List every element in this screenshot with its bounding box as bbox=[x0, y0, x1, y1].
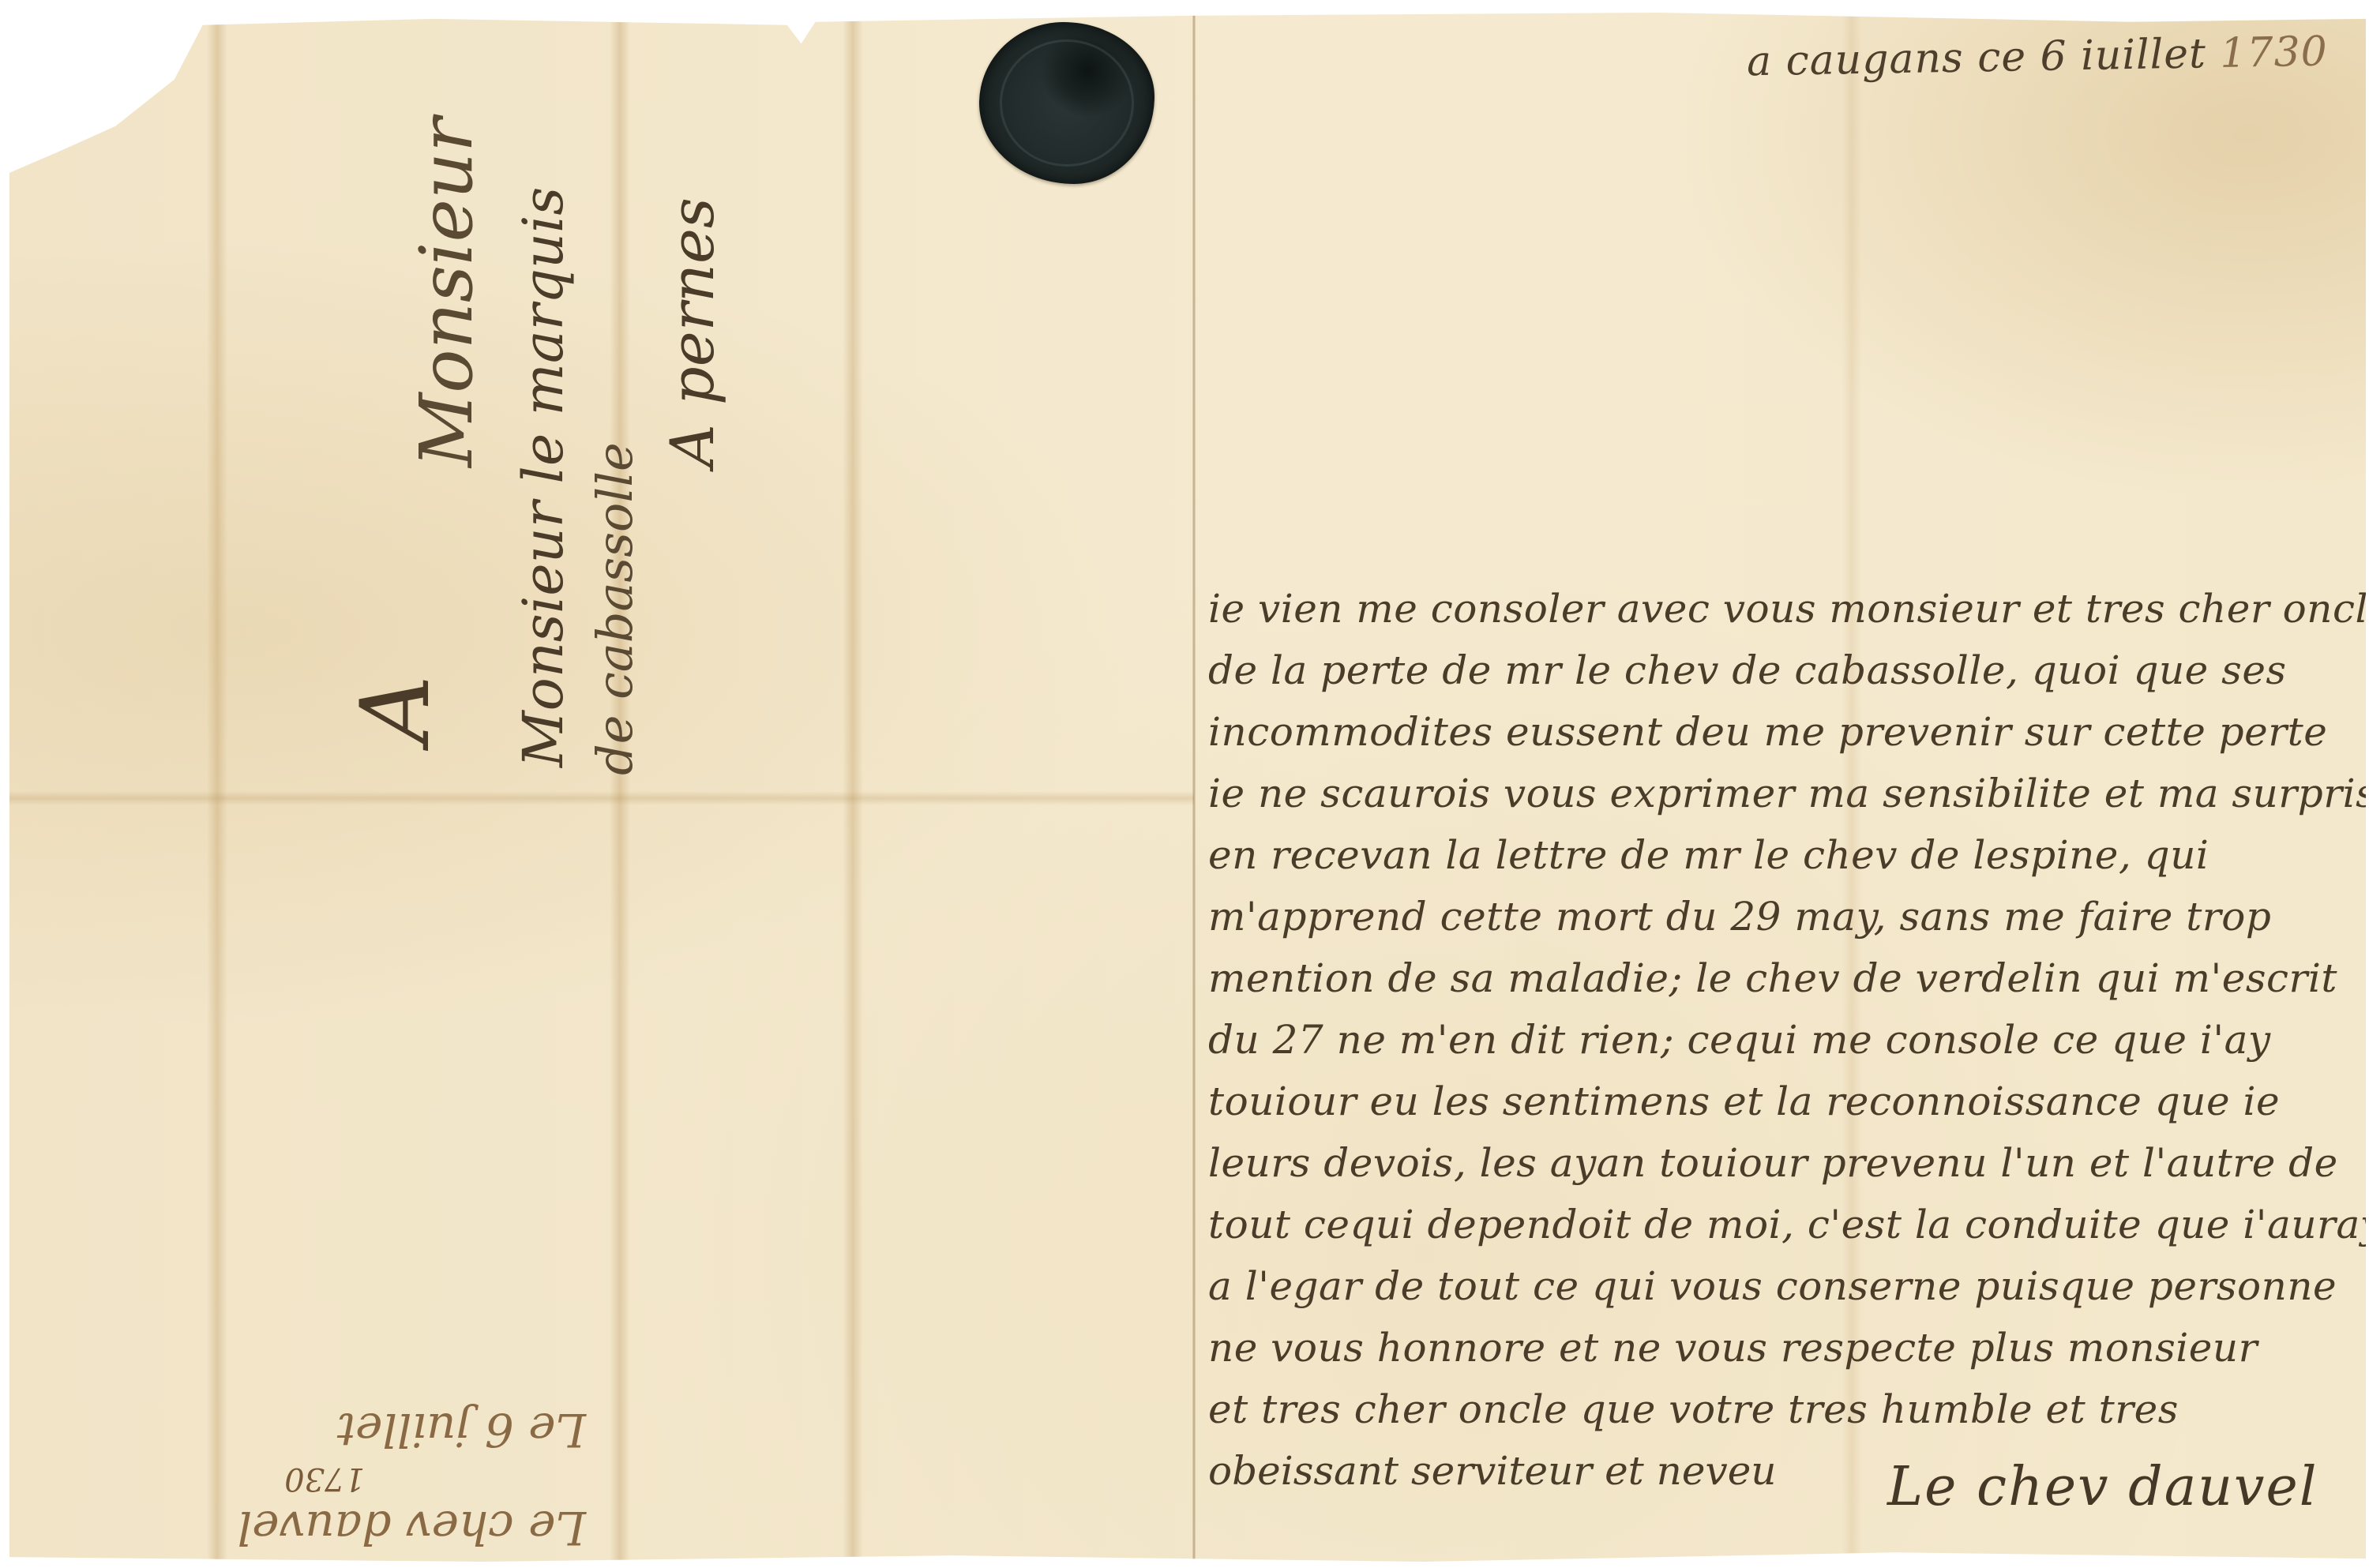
address-block: A Monsieur Monsieur le marquis de cabass… bbox=[310, 96, 752, 807]
docket-line: Le chev dauvel bbox=[144, 1499, 586, 1557]
docket-note: Le chev dauvel 1730 Le 6 juillet bbox=[144, 1352, 586, 1557]
fold-crease bbox=[843, 9, 863, 1565]
body-line: incommodites eussent deu me prevenir sur… bbox=[1208, 701, 2369, 763]
letter-sheet: A Monsieur Monsieur le marquis de cabass… bbox=[9, 9, 2366, 1565]
address-destination: A pernes bbox=[657, 197, 727, 467]
page-divider bbox=[1192, 9, 1196, 1565]
body-line: mention de sa maladie; le chev de verdel… bbox=[1208, 947, 2369, 1009]
body-line: touiour eu les sentimens et la reconnois… bbox=[1208, 1071, 2369, 1132]
body-line: ne vous honnore et ne vous respecte plus… bbox=[1208, 1317, 2369, 1379]
wax-seal bbox=[979, 22, 1154, 184]
closing-row: obeissant serviteur et neveu Le chev dau… bbox=[1208, 1440, 2369, 1511]
body-line: m'apprend cette mort du 29 may, sans me … bbox=[1208, 886, 2369, 947]
dateline-year: 1730 bbox=[2220, 28, 2328, 77]
docket-line: Le 6 juillet bbox=[144, 1401, 586, 1459]
body-line: tout cequi dependoit de moi, c'est la co… bbox=[1208, 1194, 2369, 1255]
closing-formula: obeissant serviteur et neveu bbox=[1208, 1440, 1776, 1502]
body-line: ie vien me consoler avec vous monsieur e… bbox=[1208, 578, 2369, 640]
body-line: a l'egar de tout ce qui vous conserne pu… bbox=[1208, 1255, 2369, 1317]
body-line: et tres cher oncle que votre tres humble… bbox=[1208, 1379, 2369, 1440]
body-line: du 27 ne m'en dit rien; cequi me console… bbox=[1208, 1009, 2369, 1071]
letter-body: ie vien me consoler avec vous monsieur e… bbox=[1208, 578, 2369, 1511]
address-salutation: Monsieur bbox=[404, 118, 489, 467]
body-line: de la perte de mr le chev de cabassolle,… bbox=[1208, 640, 2369, 701]
fold-crease bbox=[207, 9, 227, 1565]
docket-year: 1730 bbox=[144, 1459, 586, 1499]
dateline: a caugans ce 6 iuillet 1730 bbox=[1747, 28, 2329, 86]
address-recipient-line1: Monsieur le marquis bbox=[511, 187, 576, 767]
body-line: ie ne scaurois vous exprimer ma sensibil… bbox=[1208, 763, 2369, 824]
dateline-place-day: a caugans ce 6 iuillet bbox=[1747, 30, 2207, 85]
signature: Le chev dauvel bbox=[1887, 1456, 2318, 1518]
address-recipient-line2: de cabassolle bbox=[586, 442, 644, 775]
body-line: leurs devois, les ayan touiour prevenu l… bbox=[1208, 1132, 2369, 1194]
body-line: en recevan la lettre de mr le chev de le… bbox=[1208, 824, 2369, 886]
address-prefix: A bbox=[341, 675, 451, 744]
